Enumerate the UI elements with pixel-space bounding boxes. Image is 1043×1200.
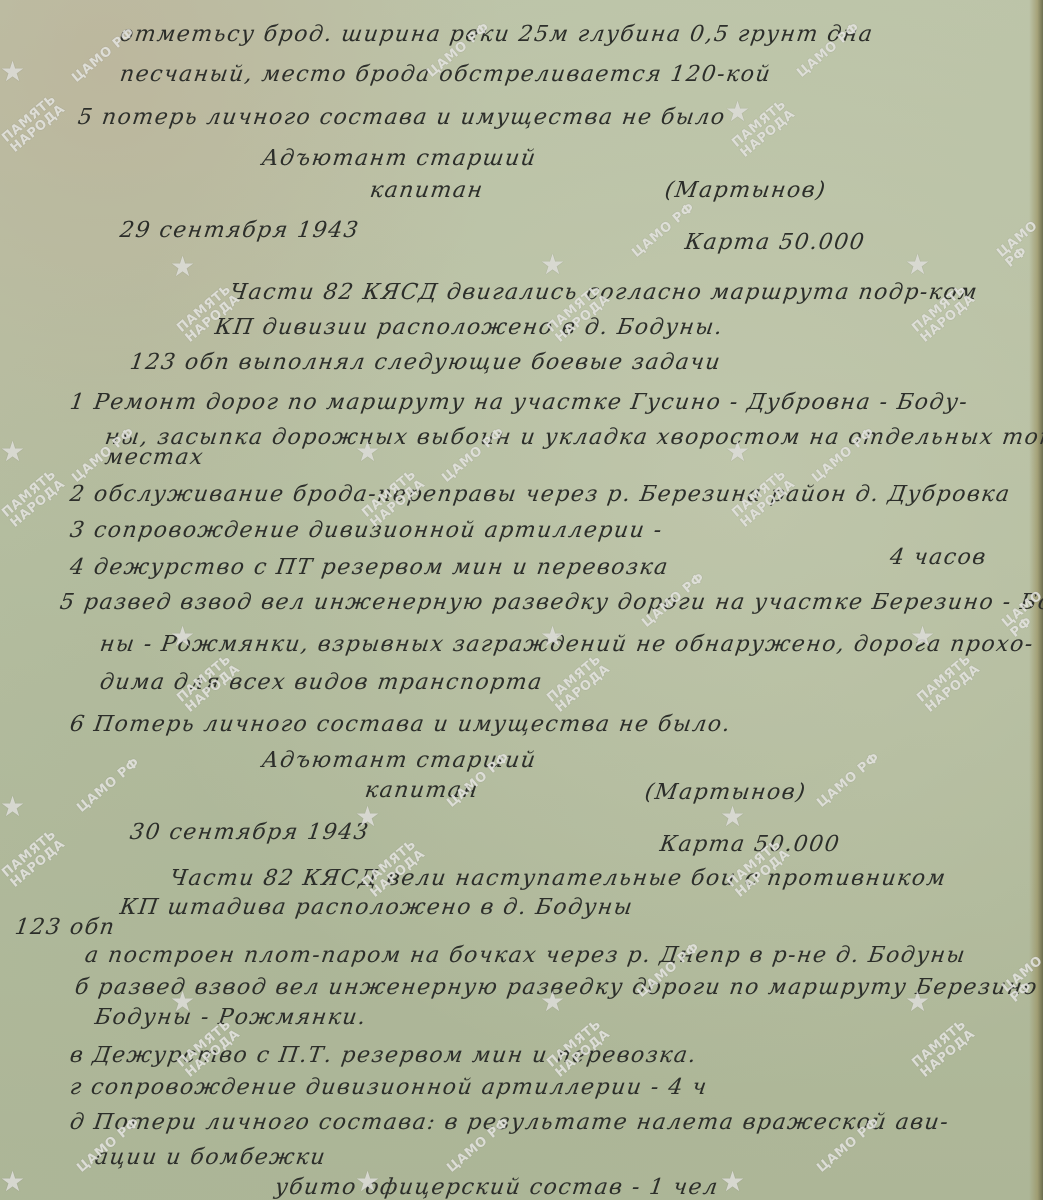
watermark-portal: ПАМЯТЬНАРОДА [0,467,67,529]
star-icon: ★ [905,248,930,281]
task-item: дима для всех видов транспорта [98,670,544,695]
archival-document-page: отметьсу брод. ширина реки 25м глубина 0… [0,0,1043,1200]
entry-date: 29 сентября 1943 [118,218,361,243]
entry-date: 30 сентября 1943 [128,820,371,845]
casualty-line: убито офицерский состав - 1 чел [273,1175,720,1200]
watermark-portal: ПАМЯТЬНАРОДА [910,1017,977,1079]
star-icon: ★ [725,435,750,468]
star-icon: ★ [0,1165,25,1198]
map-scale: Карта 50.000 [658,832,842,857]
star-icon: ★ [0,55,25,88]
task-item: г сопровождение дивизионной артиллерии -… [68,1075,709,1100]
star-icon: ★ [355,1165,380,1198]
task-item: 1 Ремонт дорог по маршруту на участке Гу… [68,390,970,415]
task-item: в Дежурство с П.Т. резервом мин и перево… [68,1043,699,1068]
task-duration: 4 часов [888,545,988,570]
watermark-archive: ЦАМО РФ [75,756,142,815]
text-line: 123 обп выполнял следующие боевые задачи [128,350,723,375]
task-item: 5 развед взвод вел инженерную разведку д… [58,590,1043,615]
task-item: 6 Потерь личного состава и имущества не … [68,712,733,737]
star-icon: ★ [540,620,565,653]
star-icon: ★ [540,248,565,281]
star-icon: ★ [540,985,565,1018]
star-icon: ★ [720,800,745,833]
text-line: КП дивизии расположено в д. Бодуны. [213,315,725,340]
watermark-portal: ПАМЯТЬНАРОДА [0,92,67,154]
star-icon: ★ [170,250,195,283]
star-icon: ★ [355,800,380,833]
signature-rank: капитан [368,178,485,203]
watermark-portal: ПАМЯТЬНАРОДА [915,652,982,714]
star-icon: ★ [170,620,195,653]
watermark-portal: ПАМЯТЬНАРОДА [0,827,67,889]
signature-title: Адъютант старший [260,146,538,171]
task-item: а построен плот-паром на бочках через р.… [83,943,968,968]
map-scale: Карта 50.000 [683,230,867,255]
text-line: Части 82 КЯСД вели наступательные бои с … [168,866,948,891]
star-icon: ★ [910,620,935,653]
unit-label: 123 обп [13,915,117,940]
task-item: 4 дежурство с ПТ резервом мин и перевозк… [68,555,670,580]
star-icon: ★ [720,1165,745,1198]
task-item: ны, засыпка дорожных выбоин и укладка хв… [103,425,1043,450]
star-icon: ★ [170,985,195,1018]
star-icon: ★ [905,985,930,1018]
star-icon: ★ [725,95,750,128]
text-line: отметьсу брод. ширина реки 25м глубина 0… [118,22,875,47]
task-item: ации и бомбежки [93,1145,328,1170]
star-icon: ★ [0,435,25,468]
task-item: 2 обслуживание брода-переправы через р. … [68,482,1012,507]
text-line: 5 потерь личного состава и имущества не … [76,105,727,130]
task-item: ны - Рожмянки, взрывных заграждений не о… [98,632,1035,657]
watermark-portal: ПАМЯТЬНАРОДА [545,652,612,714]
star-icon: ★ [0,790,25,823]
star-icon: ★ [355,435,380,468]
watermark-archive: ЦАМО РФ [815,751,882,810]
task-item: 3 сопровождение дивизионной артиллерии - [68,518,664,543]
